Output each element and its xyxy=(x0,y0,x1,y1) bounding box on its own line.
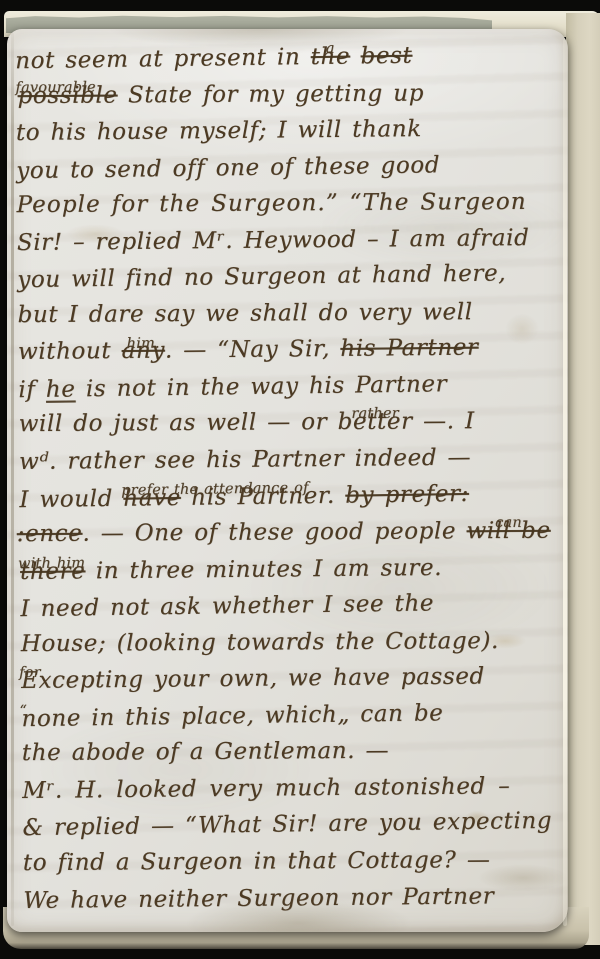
manuscript-line: wᵈ. rather see his Partner indeed — xyxy=(19,439,567,481)
handwriting-segment: not seem at present in xyxy=(15,44,311,74)
struck-text: :ence xyxy=(17,521,83,547)
interlinear-insertion: him. xyxy=(127,336,160,351)
manuscript-line: I need not ask whether I see the xyxy=(20,584,568,628)
manuscript-photograph: not seem at present in thea bestpossible… xyxy=(0,0,600,959)
manuscript-line: I would haveprefer the attendance of his… xyxy=(19,474,567,518)
manuscript-line: not seem at present in thea best xyxy=(15,36,563,80)
struck-text: anyhim. xyxy=(121,338,165,364)
handwriting-segment: your own, we have passed xyxy=(144,664,485,693)
handwriting-segment: his Partner. xyxy=(181,482,346,510)
interlinear-insertion: favourable xyxy=(15,80,95,95)
manuscript-line: if he is not in the way his Partner xyxy=(18,364,566,408)
struck-text: by prefer: xyxy=(345,480,469,508)
handwriting-segment: I need not ask whether I see the xyxy=(20,591,434,623)
manuscript-line: & replied — “What Sir! are you expecting xyxy=(22,803,570,847)
handwriting-segment: in three minutes I am sure. xyxy=(85,555,442,584)
handwriting-segment: State for my getting up xyxy=(117,80,424,108)
manuscript-line: will do just as well — or betterrather —… xyxy=(19,403,567,443)
interlinear-insertion: “ xyxy=(19,704,27,719)
manuscript-line: you to send off one of these good xyxy=(16,145,564,189)
handwriting-segment: to find a Surgeon in that Cottage? — xyxy=(23,847,491,876)
handwriting-segment: —. I xyxy=(413,409,475,435)
interlinear-insertion: for xyxy=(19,666,41,681)
handwriting-segment: . — One of these good people xyxy=(82,518,466,546)
manuscript-line: none“ in this place, which„ can be xyxy=(21,693,569,737)
manuscript-line: the abode of a Gentleman. — xyxy=(22,732,570,772)
struck-text: his Partner xyxy=(340,335,478,362)
struck-text: possiblefavourable xyxy=(17,82,117,109)
underlying-page-right-edge xyxy=(566,13,600,945)
struck-text: will becan xyxy=(466,518,550,545)
manuscript-line: to find a Surgeon in that Cottage? — xyxy=(23,842,571,882)
handwriting-segment: House; (looking towards the Cottage). xyxy=(21,628,499,657)
manuscript-line: but I dare say we shall do very well xyxy=(18,293,566,333)
manuscript-line: Exceptingfor your own, we have passed xyxy=(21,658,569,700)
handwriting-segment: Exceptingfor xyxy=(21,667,144,694)
handwriting-segment: will do just as well — or xyxy=(19,410,338,438)
manuscript-line: We have neither Surgeon nor Partner xyxy=(23,877,571,919)
struck-text: haveprefer the attendance of xyxy=(123,484,181,511)
interlinear-insertion: can xyxy=(495,516,522,531)
handwriting-segment: Sir! – replied Mʳ. Heywood – I am afraid xyxy=(17,225,530,256)
interlinear-insertion: a xyxy=(326,42,335,57)
handwriting-segment: is not in the way his Partner xyxy=(75,371,447,402)
manuscript-page: not seem at present in thea bestpossible… xyxy=(7,29,568,932)
handwriting-segment: in this place, which„ can be xyxy=(81,700,444,731)
handwriting-segment: . — “Nay Sir, xyxy=(165,336,341,364)
handwriting-segment: & replied — “What Sir! are you expecting xyxy=(22,808,552,841)
handwriting-segment: but I dare say we shall do very well xyxy=(18,299,473,328)
interlinear-insertion: rather xyxy=(351,407,399,422)
handwritten-text: not seem at present in thea bestpossible… xyxy=(15,37,571,919)
struck-text: therewith him xyxy=(20,558,86,585)
manuscript-line: :ence. — One of these good people will b… xyxy=(17,513,568,553)
handwriting-segment: none“ xyxy=(21,705,81,732)
interlinear-insertion: with him xyxy=(18,556,85,571)
struck-text: thea xyxy=(311,44,351,71)
struck-text: best xyxy=(360,43,412,70)
handwriting-segment: without xyxy=(18,338,122,365)
manuscript-line: you will find no Surgeon at hand here, xyxy=(17,255,565,299)
handwriting-segment: Mʳ. H. looked very much astonished – xyxy=(22,773,510,804)
manuscript-line: People for the Surgeon.” “The Surgeon xyxy=(16,184,564,224)
handwriting-segment: he xyxy=(46,376,76,402)
handwriting-segment: I would xyxy=(19,485,123,512)
handwriting-segment: to his house myself; I will thank xyxy=(16,116,422,146)
deckled-edge-highlight xyxy=(563,39,567,926)
handwriting-segment: you will find no Surgeon at hand here, xyxy=(17,261,506,294)
handwriting-segment: if xyxy=(18,377,46,403)
manuscript-line: possiblefavourable State for my getting … xyxy=(17,74,563,114)
handwriting-segment: We have neither Surgeon nor Partner xyxy=(23,883,494,914)
manuscript-line: without anyhim.. — “Nay Sir, his Partner xyxy=(18,329,566,371)
left-crease-line xyxy=(11,33,14,926)
handwriting-segment: People for the Surgeon.” “The Surgeon xyxy=(16,189,526,218)
handwriting-segment: wᵈ. rather see his Partner indeed — xyxy=(19,445,471,475)
manuscript-line: to his house myself; I will thank xyxy=(16,110,564,152)
handwriting-segment: you to send off one of these good xyxy=(16,152,440,184)
manuscript-line: House; (looking towards the Cottage). xyxy=(21,622,569,662)
handwriting-segment: the abode of a Gentleman. — xyxy=(22,738,389,766)
handwriting-segment: betterrather xyxy=(338,409,413,435)
